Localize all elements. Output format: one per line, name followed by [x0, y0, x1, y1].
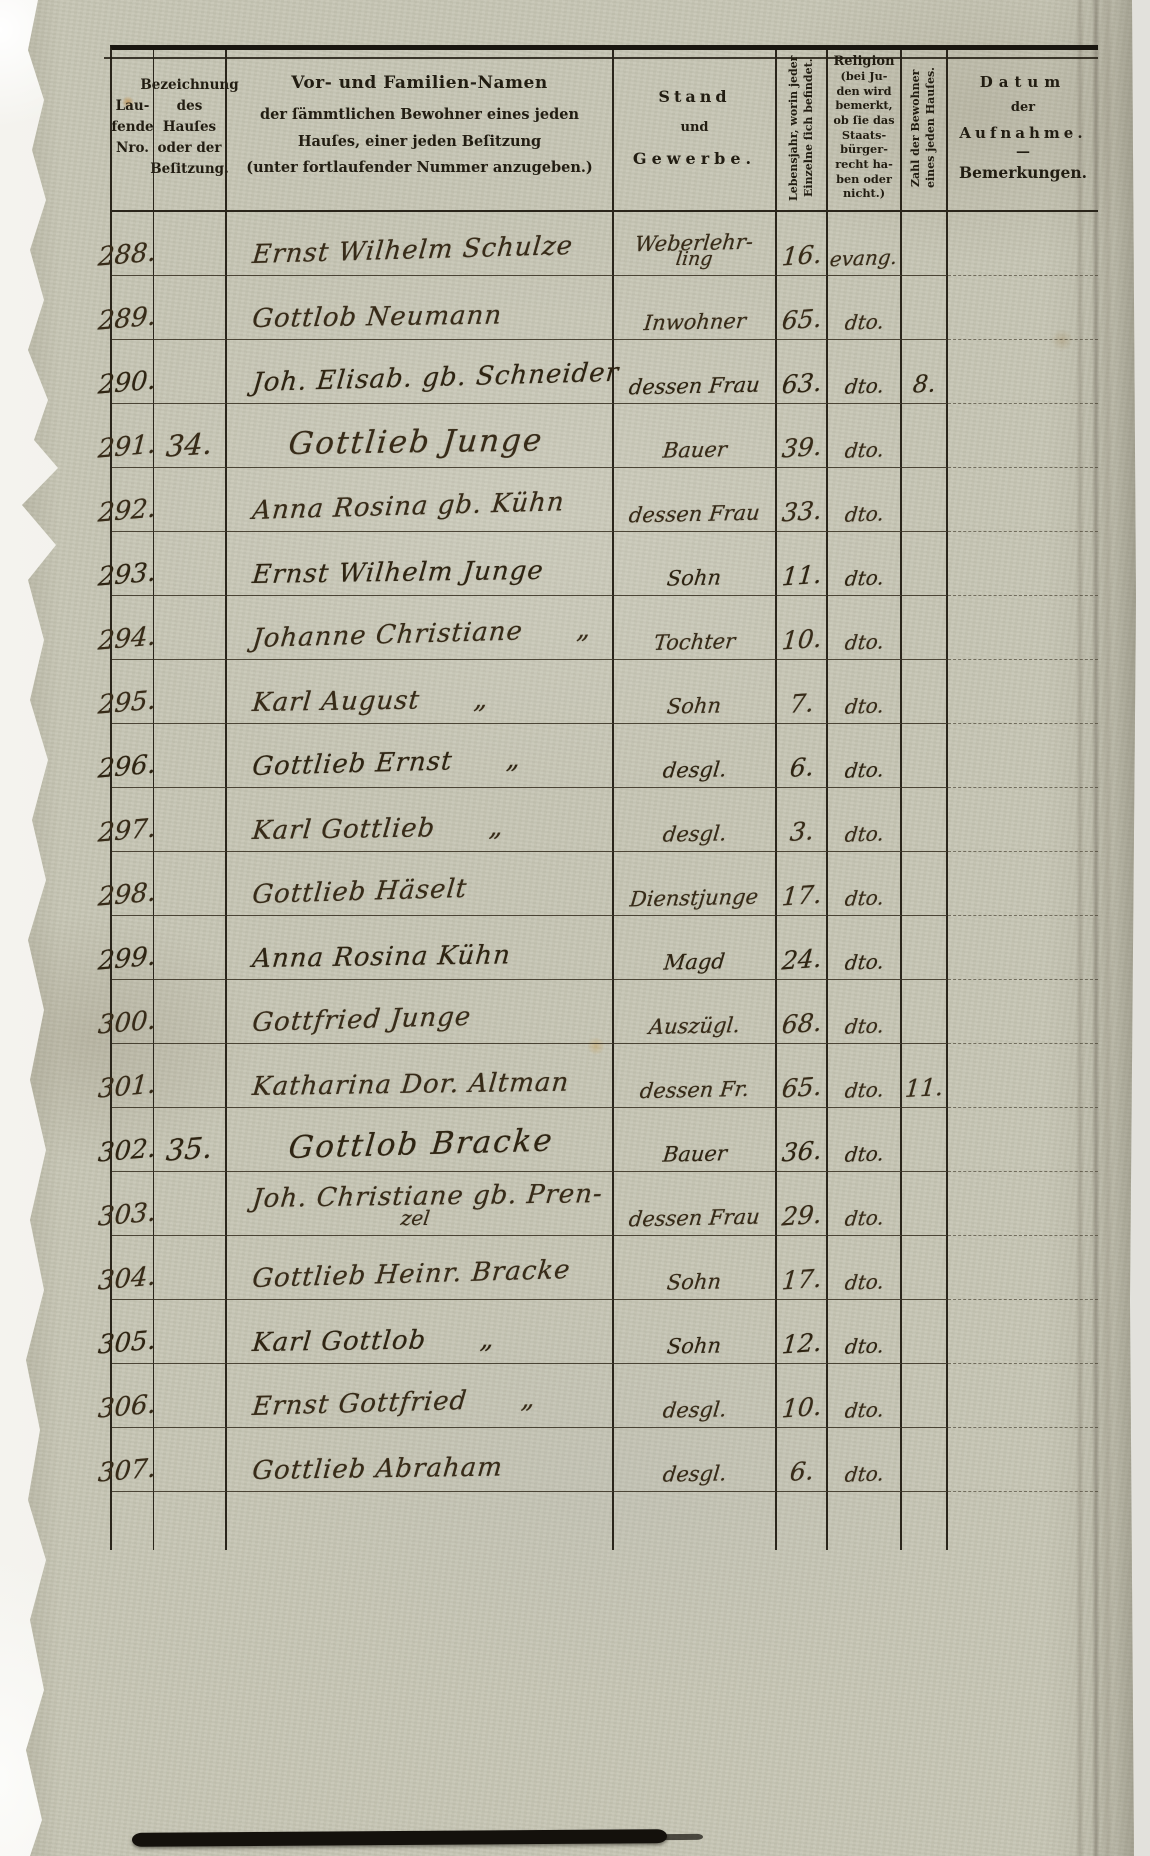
lebensjahr-value: 17. — [780, 1263, 822, 1295]
cell-datum-bemerkungen — [948, 1300, 1098, 1364]
table-row: 292. Anna Rosina gb. Kühn dessen Frau 33… — [112, 468, 1098, 532]
header-line: der ſämmtlichen Bewohner eines jeden — [260, 102, 579, 129]
header-line: oder der — [158, 138, 222, 159]
haus-nr-value: 34. — [165, 426, 213, 463]
table-row: 291. 34. Gottlieb Junge Bauer 39. dto. — [112, 404, 1098, 468]
cell-haus-nr — [154, 596, 227, 660]
lebensjahr-value: 17. — [780, 879, 822, 911]
cell-lebensjahr: 17. — [777, 1236, 828, 1300]
header-stand-gewerbe: Stand und Gewerbe. — [614, 50, 777, 212]
cell-datum-bemerkungen — [948, 1364, 1098, 1428]
cell-name: Karl August „ — [227, 660, 614, 724]
cell-stand-gewerbe: Magd — [614, 916, 777, 980]
cell-name: Gottfried Junge — [227, 980, 614, 1044]
cell-zahl-bewohner — [902, 660, 948, 724]
cell-stand-gewerbe: Sohn — [614, 532, 777, 596]
cell-datum-bemerkungen — [948, 788, 1098, 852]
cell-stand-gewerbe: dessen Frau — [614, 468, 777, 532]
table-row: 290. Joh. Elisab. gb. Schneider dessen F… — [112, 340, 1098, 404]
cell-datum-bemerkungen — [948, 980, 1098, 1044]
cell-name: Johanne Christiane „ — [227, 596, 614, 660]
cell-stand-gewerbe: Tochter — [614, 596, 777, 660]
laufende-nro-value: 299. — [97, 941, 157, 976]
header-line: Lau- — [116, 96, 150, 117]
name-value: Karl August „ — [251, 685, 490, 718]
cell-lebensjahr: 63. — [777, 340, 828, 404]
cell-religion: dto. — [828, 532, 902, 596]
cell-religion: dto. — [828, 724, 902, 788]
cell-zahl-bewohner — [902, 980, 948, 1044]
name-value: Ernst Wilhelm Junge — [251, 556, 545, 590]
cell-name: Gottlieb Abraham — [227, 1428, 614, 1492]
religion-value: dto. — [843, 1333, 884, 1358]
cell-datum-bemerkungen — [948, 1044, 1098, 1108]
cell-haus-nr — [154, 1236, 227, 1300]
cell-name: Anna Rosina Kühn — [227, 916, 614, 980]
stand-value: Magd — [663, 949, 726, 974]
cell-stand-gewerbe: desgl. — [614, 1364, 777, 1428]
header-line: ben oder — [836, 172, 892, 187]
cell-haus-nr — [154, 532, 227, 596]
religion-value: dto. — [843, 757, 884, 782]
cell-haus-nr — [154, 916, 227, 980]
cell-stand-gewerbe: dessen Fr. — [614, 1044, 777, 1108]
table-row: 300. Gottfried Junge Auszügl. 68. dto. — [112, 980, 1098, 1044]
cell-stand-gewerbe: desgl. — [614, 788, 777, 852]
laufende-nro-value: 292. — [97, 493, 157, 528]
cell-zahl-bewohner — [902, 852, 948, 916]
cell-laufende-nro: 298. — [112, 852, 154, 916]
cell-laufende-nro: 291. — [112, 404, 154, 468]
header-line: Staats- — [842, 128, 886, 143]
religion-value: dto. — [843, 629, 884, 654]
header-line: den wird — [836, 84, 891, 99]
religion-value: dto. — [843, 309, 884, 334]
cell-lebensjahr: 36. — [777, 1108, 828, 1172]
cell-laufende-nro: 297. — [112, 788, 154, 852]
laufende-nro-value: 291. — [97, 429, 157, 464]
cell-religion: dto. — [828, 1044, 902, 1108]
religion-value: dto. — [843, 565, 884, 590]
lebensjahr-value: 65. — [780, 1071, 822, 1103]
cell-lebensjahr: 6. — [777, 1428, 828, 1492]
header-religion: Religion (bei Ju- den wird bemerkt, ob ſ… — [828, 50, 902, 212]
cell-zahl-bewohner — [902, 1428, 948, 1492]
table-row: 304. Gottlieb Heinr. Bracke Sohn 17. dto… — [112, 1236, 1098, 1300]
cell-laufende-nro: 304. — [112, 1236, 154, 1300]
cell-religion: dto. — [828, 340, 902, 404]
table-row: 288. Ernst Wilhelm Schulze Weberlehr- li… — [112, 212, 1098, 276]
cell-lebensjahr: 24. — [777, 916, 828, 980]
cell-religion: dto. — [828, 1236, 902, 1300]
header-line: Aufnahme. — [959, 124, 1086, 142]
cell-name: Ernst Wilhelm Schulze — [227, 212, 614, 276]
religion-value: dto. — [843, 1269, 884, 1294]
stand-value: desgl. — [662, 1397, 728, 1422]
cell-haus-nr — [154, 1428, 227, 1492]
cell-zahl-bewohner — [902, 1364, 948, 1428]
register-table: Lau- fende Nro. Bezeichnung des Hauſes o… — [110, 45, 1098, 1550]
cell-lebensjahr: 7. — [777, 660, 828, 724]
cell-haus-nr — [154, 660, 227, 724]
lebensjahr-value: 33. — [780, 495, 822, 527]
cell-name: Ernst Wilhelm Junge — [227, 532, 614, 596]
header-line: des Hauſes — [156, 96, 223, 138]
cell-name: Karl Gottlieb „ — [227, 788, 614, 852]
lebensjahr-value: 3. — [788, 816, 814, 847]
cell-lebensjahr: 6. — [777, 724, 828, 788]
name-value: Anna Rosina gb. Kühn — [251, 487, 566, 526]
religion-value: dto. — [843, 821, 884, 846]
header-datum-bemerkungen: Datum der Aufnahme. — Bemerkungen. — [948, 50, 1098, 212]
religion-value: dto. — [843, 1205, 884, 1230]
stand-value: Dienstjunge — [629, 885, 760, 912]
laufende-nro-value: 288. — [97, 237, 157, 272]
lebensjahr-value: 12. — [780, 1327, 822, 1359]
cell-stand-gewerbe: dessen Frau — [614, 1172, 777, 1236]
religion-value: dto. — [843, 1461, 884, 1486]
cell-laufende-nro: 300. — [112, 980, 154, 1044]
cell-zahl-bewohner — [902, 276, 948, 340]
cell-name: Gottlieb Heinr. Bracke — [227, 1236, 614, 1300]
table-row: 289. Gottlob Neumann Inwohner 65. dto. — [112, 276, 1098, 340]
cell-stand-gewerbe: Bauer — [614, 404, 777, 468]
table-body: 288. Ernst Wilhelm Schulze Weberlehr- li… — [112, 212, 1098, 1492]
cell-religion: dto. — [828, 788, 902, 852]
cell-datum-bemerkungen — [948, 724, 1098, 788]
header-namen: Vor- und Familien-Namen der ſämmtlichen … — [227, 50, 614, 212]
cell-stand-gewerbe: Sohn — [614, 1236, 777, 1300]
cell-stand-gewerbe: desgl. — [614, 1428, 777, 1492]
name-value: Joh. Elisab. gb. Schneider — [251, 358, 621, 398]
cell-zahl-bewohner — [902, 532, 948, 596]
header-divider-dash: — — [1016, 146, 1030, 159]
name-value: Ernst Wilhelm Schulze — [251, 231, 574, 270]
cell-name: Joh. Christiane gb. Pren- zel — [227, 1172, 614, 1236]
cell-lebensjahr: 10. — [777, 596, 828, 660]
name-value: Johanne Christiane „ — [251, 614, 593, 654]
table-row: 307. Gottlieb Abraham desgl. 6. dto. — [112, 1428, 1098, 1492]
cell-religion: dto. — [828, 1364, 902, 1428]
cell-datum-bemerkungen — [948, 1428, 1098, 1492]
cell-zahl-bewohner — [902, 1108, 948, 1172]
laufende-nro-value: 293. — [97, 557, 157, 592]
stand-value: dessen Frau — [628, 1205, 761, 1232]
cell-haus-nr — [154, 212, 227, 276]
cell-stand-gewerbe: Inwohner — [614, 276, 777, 340]
cell-datum-bemerkungen — [948, 404, 1098, 468]
cell-stand-gewerbe: Sohn — [614, 660, 777, 724]
cell-laufende-nro: 306. — [112, 1364, 154, 1428]
cell-datum-bemerkungen — [948, 468, 1098, 532]
religion-value: dto. — [843, 949, 884, 974]
stand-value: desgl. — [662, 1461, 728, 1486]
cell-religion: dto. — [828, 596, 902, 660]
cell-name: Ernst Gottfried „ — [227, 1364, 614, 1428]
laufende-nro-value: 298. — [97, 877, 157, 912]
religion-value: dto. — [843, 501, 884, 526]
cell-zahl-bewohner: 11. — [902, 1044, 948, 1108]
cell-religion: dto. — [828, 660, 902, 724]
religion-value: dto. — [843, 693, 884, 718]
cell-religion: dto. — [828, 916, 902, 980]
laufende-nro-value: 295. — [97, 685, 157, 720]
cell-lebensjahr: 16. — [777, 212, 828, 276]
stand-value: Auszügl. — [648, 1013, 741, 1039]
laufende-nro-value: 305. — [97, 1325, 157, 1360]
name-value: Gottlieb Häselt — [251, 874, 469, 910]
header-line: ob ſie das — [833, 113, 894, 128]
cell-religion: dto. — [828, 980, 902, 1044]
laufende-nro-value: 301. — [97, 1069, 157, 1104]
cell-laufende-nro: 288. — [112, 212, 154, 276]
header-line: recht ha- — [835, 157, 893, 172]
header-rotated-label: Lebensjahr, worin jeder Einzelne ſich be… — [787, 53, 817, 203]
stand-value: Sohn — [666, 565, 723, 590]
cell-datum-bemerkungen — [948, 1236, 1098, 1300]
cell-lebensjahr: 29. — [777, 1172, 828, 1236]
stand-value: Bauer — [661, 437, 727, 462]
cell-lebensjahr: 68. — [777, 980, 828, 1044]
stand-value: Sohn — [666, 693, 723, 718]
cell-stand-gewerbe: Dienstjunge — [614, 852, 777, 916]
cell-name: Gottlob Neumann — [227, 276, 614, 340]
lebensjahr-value: 10. — [780, 623, 822, 655]
cell-religion: dto. — [828, 1300, 902, 1364]
header-line: (unter fortlaufender Nummer anzugeben.) — [246, 155, 593, 182]
lebensjahr-value: 39. — [780, 431, 822, 463]
cell-religion: evang. — [828, 212, 902, 276]
cell-haus-nr — [154, 1044, 227, 1108]
lebensjahr-value: 36. — [780, 1135, 822, 1167]
cell-zahl-bewohner: 8. — [902, 340, 948, 404]
name-value: Ernst Gottfried „ — [251, 1384, 537, 1422]
name-value: Gottfried Junge — [251, 1002, 473, 1038]
laufende-nro-value: 300. — [97, 1005, 157, 1040]
cell-haus-nr — [154, 1172, 227, 1236]
cell-stand-gewerbe: Weberlehr- ling — [614, 212, 777, 276]
lebensjahr-value: 7. — [788, 688, 814, 719]
cell-lebensjahr: 65. — [777, 1044, 828, 1108]
cell-zahl-bewohner — [902, 1172, 948, 1236]
cell-lebensjahr: 11. — [777, 532, 828, 596]
lebensjahr-value: 24. — [780, 943, 822, 975]
religion-value: dto. — [843, 373, 884, 398]
stand-value: Bauer — [661, 1141, 727, 1166]
stand-value: desgl. — [662, 821, 728, 846]
cell-religion: dto. — [828, 404, 902, 468]
header-line: Stand — [658, 87, 730, 106]
cell-zahl-bewohner — [902, 1236, 948, 1300]
laufende-nro-value: 289. — [97, 301, 157, 336]
lebensjahr-value: 68. — [780, 1007, 822, 1039]
cell-lebensjahr: 39. — [777, 404, 828, 468]
religion-value: dto. — [843, 885, 884, 910]
name-value: Anna Rosina Kühn — [251, 940, 512, 974]
cell-haus-nr — [154, 276, 227, 340]
religion-value: evang. — [829, 245, 899, 271]
name-value: Gottlieb Abraham — [251, 1452, 504, 1486]
cell-lebensjahr: 33. — [777, 468, 828, 532]
header-line: (bei Ju- — [841, 69, 888, 84]
cell-lebensjahr: 65. — [777, 276, 828, 340]
header-line: Bemerkungen. — [959, 163, 1087, 182]
header-line: der — [1011, 100, 1035, 115]
cell-name: Gottlieb Junge — [227, 404, 614, 468]
cell-laufende-nro: 293. — [112, 532, 154, 596]
lebensjahr-value: 16. — [780, 239, 822, 271]
cell-laufende-nro: 305. — [112, 1300, 154, 1364]
cell-laufende-nro: 289. — [112, 276, 154, 340]
cell-zahl-bewohner — [902, 724, 948, 788]
cell-religion: dto. — [828, 852, 902, 916]
laufende-nro-value: 290. — [97, 365, 157, 400]
table-row: 302. 35. Gottlob Bracke Bauer 36. dto. — [112, 1108, 1098, 1172]
name-value: Gottlob Neumann — [251, 300, 503, 334]
cell-laufende-nro: 302. — [112, 1108, 154, 1172]
cell-haus-nr — [154, 468, 227, 532]
zahl-value: 8. — [911, 369, 936, 398]
table-row: 306. Ernst Gottfried „ desgl. 10. dto. — [112, 1364, 1098, 1428]
stand-value: dessen Fr. — [639, 1077, 750, 1103]
cell-datum-bemerkungen — [948, 660, 1098, 724]
religion-value: dto. — [843, 1077, 884, 1102]
zahl-value: 11. — [904, 1073, 945, 1103]
cell-laufende-nro: 292. — [112, 468, 154, 532]
lebensjahr-value: 11. — [780, 559, 822, 591]
table-row: 301. Katharina Dor. Altman dessen Fr. 65… — [112, 1044, 1098, 1108]
table-row: 294. Johanne Christiane „ Tochter 10. dt… — [112, 596, 1098, 660]
cell-haus-nr — [154, 1364, 227, 1428]
lebensjahr-value: 65. — [780, 303, 822, 335]
laufende-nro-value: 303. — [97, 1197, 157, 1232]
header-line: Vor- und Familien-Namen — [291, 73, 547, 93]
lebensjahr-value: 10. — [780, 1391, 822, 1423]
laufende-nro-value: 297. — [97, 813, 157, 848]
cell-laufende-nro: 290. — [112, 340, 154, 404]
name-value: Karl Gottlob „ — [251, 1325, 496, 1358]
laufende-nro-value: 306. — [97, 1389, 157, 1424]
cell-datum-bemerkungen — [948, 340, 1098, 404]
name-value: Gottlieb Junge — [287, 422, 545, 462]
stand-value: Tochter — [653, 629, 737, 655]
cell-name: Gottlieb Häselt — [227, 852, 614, 916]
cell-name: Gottlob Bracke — [227, 1108, 614, 1172]
header-lebensjahr: Lebensjahr, worin jeder Einzelne ſich be… — [777, 50, 828, 212]
cell-haus-nr: 35. — [154, 1108, 227, 1172]
table-row: 299. Anna Rosina Kühn Magd 24. dto. — [112, 916, 1098, 980]
religion-value: dto. — [843, 437, 884, 462]
table-row: 295. Karl August „ Sohn 7. dto. — [112, 660, 1098, 724]
cell-haus-nr — [154, 852, 227, 916]
paper-sheet: Lau- fende Nro. Bezeichnung des Hauſes o… — [0, 0, 1138, 1856]
cell-stand-gewerbe: Auszügl. — [614, 980, 777, 1044]
cell-zahl-bewohner — [902, 596, 948, 660]
laufende-nro-value: 296. — [97, 749, 157, 784]
name-value: Gottlieb Ernst „ — [251, 744, 522, 782]
religion-value: dto. — [843, 1013, 884, 1038]
cell-laufende-nro: 307. — [112, 1428, 154, 1492]
haus-nr-value: 35. — [165, 1130, 213, 1167]
header-line: Beſitzung. — [150, 159, 229, 180]
name-value: Gottlieb Heinr. Bracke — [251, 1255, 572, 1294]
cell-zahl-bewohner — [902, 468, 948, 532]
cell-stand-gewerbe: Bauer — [614, 1108, 777, 1172]
cell-laufende-nro: 303. — [112, 1172, 154, 1236]
name-value-line2: zel — [400, 1206, 432, 1230]
header-line: Bezeichnung — [140, 75, 238, 96]
cell-name: Gottlieb Ernst „ — [227, 724, 614, 788]
cell-lebensjahr: 10. — [777, 1364, 828, 1428]
stand-value: dessen Frau — [628, 501, 761, 528]
stand-value: Sohn — [666, 1269, 723, 1294]
name-value: Gottlob Bracke — [287, 1122, 556, 1166]
cell-laufende-nro: 296. — [112, 724, 154, 788]
cell-laufende-nro: 299. — [112, 916, 154, 980]
cell-zahl-bewohner — [902, 1300, 948, 1364]
header-line: fende — [111, 117, 153, 138]
header-line: und — [681, 120, 709, 135]
cell-religion: dto. — [828, 1172, 902, 1236]
cell-zahl-bewohner — [902, 788, 948, 852]
stand-value-line2: ling — [675, 248, 714, 270]
cell-datum-bemerkungen — [948, 532, 1098, 596]
cell-religion: dto. — [828, 1428, 902, 1492]
lebensjahr-value: 6. — [788, 1456, 814, 1487]
header-line: Datum — [980, 73, 1066, 91]
lebensjahr-value: 29. — [780, 1199, 822, 1231]
cell-datum-bemerkungen — [948, 852, 1098, 916]
header-line: Religion — [833, 54, 894, 69]
table-row: 297. Karl Gottlieb „ desgl. 3. dto. — [112, 788, 1098, 852]
cell-stand-gewerbe: dessen Frau — [614, 340, 777, 404]
cell-lebensjahr: 12. — [777, 1300, 828, 1364]
header-line: bürger- — [840, 142, 888, 157]
cell-name: Karl Gottlob „ — [227, 1300, 614, 1364]
table-header: Lau- fende Nro. Bezeichnung des Hauſes o… — [112, 50, 1098, 212]
cell-laufende-nro: 301. — [112, 1044, 154, 1108]
cell-name: Anna Rosina gb. Kühn — [227, 468, 614, 532]
table-row: 293. Ernst Wilhelm Junge Sohn 11. dto. — [112, 532, 1098, 596]
stand-value: Inwohner — [642, 309, 746, 335]
name-value: Karl Gottlieb „ — [251, 812, 505, 846]
cell-religion: dto. — [828, 468, 902, 532]
cell-name: Joh. Elisab. gb. Schneider — [227, 340, 614, 404]
header-line: Hauſes, einer jeden Beſitzung — [298, 129, 541, 156]
stand-value: dessen Frau — [628, 373, 761, 400]
header-line: nicht.) — [843, 186, 885, 201]
laufende-nro-value: 304. — [97, 1261, 157, 1296]
cell-lebensjahr: 3. — [777, 788, 828, 852]
laufende-nro-value: 302. — [97, 1133, 157, 1168]
cell-zahl-bewohner — [902, 916, 948, 980]
stand-value: Sohn — [666, 1333, 723, 1358]
laufende-nro-value: 294. — [97, 621, 157, 656]
header-line: Nro. — [116, 138, 149, 159]
header-line: bemerkt, — [835, 98, 892, 113]
header-haus-bezeichnung: Bezeichnung des Hauſes oder der Beſitzun… — [154, 50, 227, 212]
cell-laufende-nro: 294. — [112, 596, 154, 660]
cell-religion: dto. — [828, 1108, 902, 1172]
lebensjahr-value: 63. — [780, 367, 822, 399]
cell-haus-nr — [154, 1300, 227, 1364]
table-row: 303. Joh. Christiane gb. Pren- zel desse… — [112, 1172, 1098, 1236]
cell-haus-nr — [154, 788, 227, 852]
header-line: Gewerbe. — [633, 149, 756, 168]
name-value: Katharina Dor. Altman — [251, 1068, 571, 1102]
stand-value: desgl. — [662, 757, 728, 782]
scanned-register-page: Lau- fende Nro. Bezeichnung des Hauſes o… — [0, 0, 1150, 1856]
